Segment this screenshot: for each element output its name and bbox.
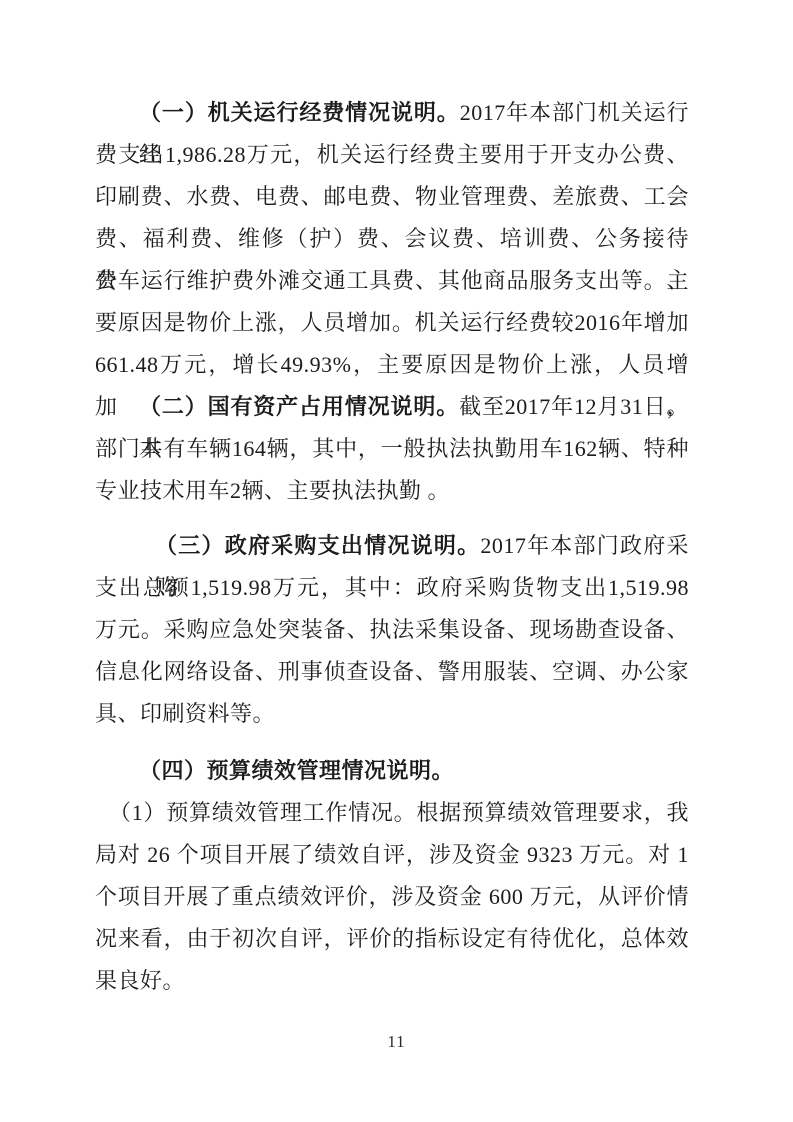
section-heading: （一）机关运行经费情况说明。 bbox=[139, 100, 460, 125]
text-segment: 信息化网络设备、刑事侦查设备、警用服装、空调、办公家 bbox=[95, 659, 689, 684]
text-line: （四）预算绩效管理情况说明。 bbox=[95, 750, 689, 792]
text-line: 印刷费、水费、电费、邮电费、物业管理费、差旅费、工会 bbox=[95, 176, 689, 218]
page-footer: 11 bbox=[0, 1032, 793, 1052]
document-page: （一）机关运行经费情况说明。2017年本部门机关运行经费支出1,986.28万元… bbox=[0, 0, 793, 1122]
text-line: 况来看，由于初次自评，评价的指标设定有待优化，总体效 bbox=[95, 918, 689, 960]
text-segment: 印刷费、水费、电费、邮电费、物业管理费、差旅费、工会 bbox=[95, 184, 689, 209]
section-1-agency-operating-expenses: （一）机关运行经费情况说明。2017年本部门机关运行经费支出1,986.28万元… bbox=[95, 92, 689, 386]
text-line: （二）国有资产占用情况说明。截至2017年12月31日，本 bbox=[95, 386, 689, 428]
text-segment: 具、印刷资料等。 bbox=[95, 701, 275, 726]
section-4-item-1-performance-work: （1）预算绩效管理工作情况。根据预算绩效管理要求，我局对 26 个项目开展了绩效… bbox=[95, 792, 689, 1002]
text-line: 支出总额1,519.98万元，其中：政府采购货物支出1,519.98 bbox=[95, 567, 689, 609]
text-segment: 个项目开展了重点绩效评价，涉及资金 600 万元，从评价情 bbox=[95, 884, 689, 909]
text-segment: 费支出1,986.28万元，机关运行经费主要用于开支办公费、 bbox=[95, 142, 689, 167]
section-3-government-procurement: （三）政府采购支出情况说明。2017年本部门政府采购支出总额1,519.98万元… bbox=[95, 525, 689, 735]
document-body: （一）机关运行经费情况说明。2017年本部门机关运行经费支出1,986.28万元… bbox=[95, 92, 689, 1002]
text-line: 公车运行维护费外滩交通工具费、其他商品服务支出等。主 bbox=[95, 260, 689, 302]
text-line: 局对 26 个项目开展了绩效自评，涉及资金 9323 万元。对 1 bbox=[95, 834, 689, 876]
text-line: 部门共有车辆164辆，其中，一般执法执勤用车162辆、特种 bbox=[95, 428, 689, 470]
text-line: 信息化网络设备、刑事侦查设备、警用服装、空调、办公家 bbox=[95, 651, 689, 693]
text-segment: （1）预算绩效管理工作情况。根据预算绩效管理要求，我 bbox=[109, 800, 689, 825]
text-line: 661.48万元，增长49.93%，主要原因是物价上涨，人员增加。 bbox=[95, 344, 689, 386]
text-line: 要原因是物价上涨，人员增加。机关运行经费较2016年增加 bbox=[95, 302, 689, 344]
text-line: （三）政府采购支出情况说明。2017年本部门政府采购 bbox=[95, 525, 689, 567]
text-segment: 专业技术用车2辆、主要执法执勤 。 bbox=[95, 478, 450, 503]
text-line: 万元。采购应急处突装备、执法采集设备、现场勘查设备、 bbox=[95, 609, 689, 651]
text-line: 费支出1,986.28万元，机关运行经费主要用于开支办公费、 bbox=[95, 134, 689, 176]
text-line: 专业技术用车2辆、主要执法执勤 。 bbox=[95, 470, 689, 512]
page-number: 11 bbox=[387, 1032, 405, 1051]
text-segment: 支出总额1,519.98万元，其中：政府采购货物支出1,519.98 bbox=[95, 575, 689, 600]
text-segment: 部门共有车辆164辆，其中，一般执法执勤用车162辆、特种 bbox=[95, 436, 689, 461]
text-line: 个项目开展了重点绩效评价，涉及资金 600 万元，从评价情 bbox=[95, 876, 689, 918]
text-line: 费、福利费、维修（护）费、会议费、培训费、公务接待费、 bbox=[95, 218, 689, 260]
section-heading: （三）政府采购支出情况说明。 bbox=[155, 533, 480, 558]
text-line: 果良好。 bbox=[95, 960, 689, 1002]
text-segment: 万元。采购应急处突装备、执法采集设备、现场勘查设备、 bbox=[95, 617, 689, 642]
text-line: （1）预算绩效管理工作情况。根据预算绩效管理要求，我 bbox=[95, 792, 689, 834]
text-line: 具、印刷资料等。 bbox=[95, 693, 689, 735]
text-segment: 要原因是物价上涨，人员增加。机关运行经费较2016年增加 bbox=[95, 310, 689, 335]
text-segment: 局对 26 个项目开展了绩效自评，涉及资金 9323 万元。对 1 bbox=[95, 842, 689, 867]
text-segment: 况来看，由于初次自评，评价的指标设定有待优化，总体效 bbox=[95, 926, 689, 951]
section-heading: （二）国有资产占用情况说明。 bbox=[139, 394, 459, 419]
section-2-state-owned-assets: （二）国有资产占用情况说明。截至2017年12月31日，本部门共有车辆164辆，… bbox=[95, 386, 689, 512]
section-4-budget-performance-heading: （四）预算绩效管理情况说明。 bbox=[95, 750, 689, 792]
text-segment: 果良好。 bbox=[95, 968, 185, 993]
section-heading: （四）预算绩效管理情况说明。 bbox=[139, 758, 454, 783]
text-line: （一）机关运行经费情况说明。2017年本部门机关运行经 bbox=[95, 92, 689, 134]
text-segment: 公车运行维护费外滩交通工具费、其他商品服务支出等。主 bbox=[95, 268, 689, 293]
